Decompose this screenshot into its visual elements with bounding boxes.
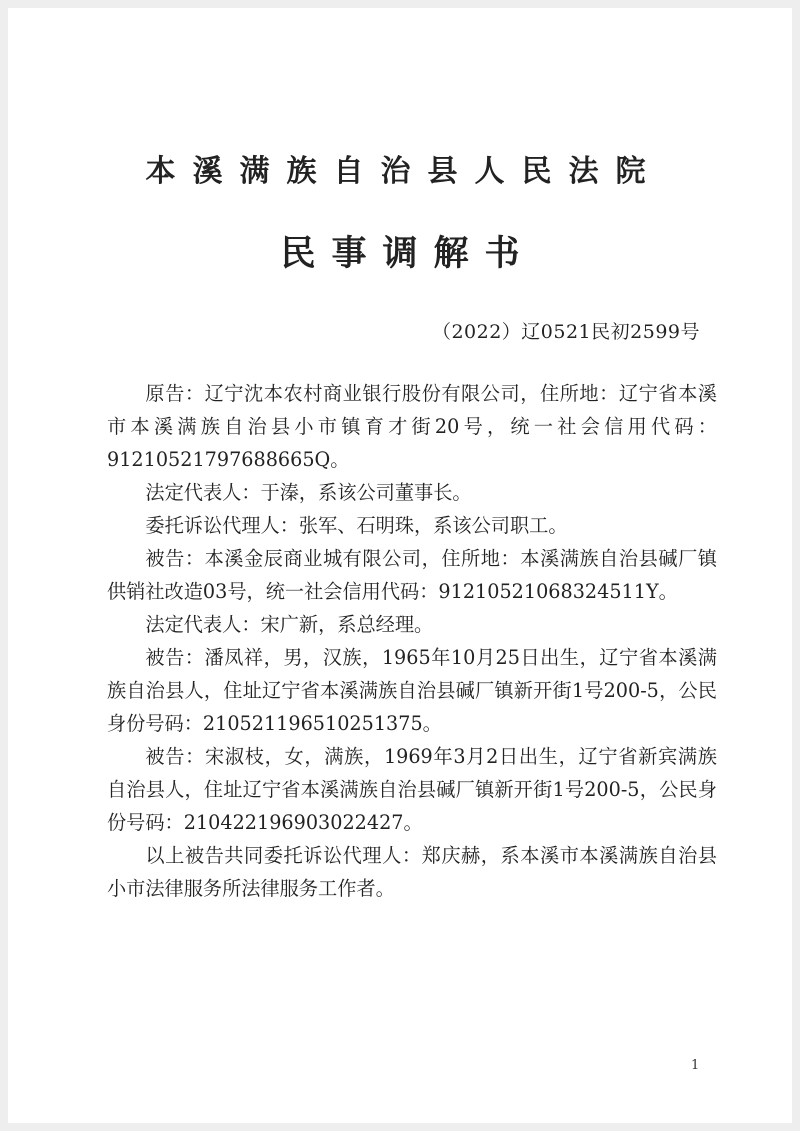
plaintiff-legal-representative: 法定代表人：于溱，系该公司董事长。 — [107, 476, 717, 509]
defendant-person-1-paragraph: 被告：潘凤祥，男，汉族，1965年10月25日出生，辽宁省本溪满族自治县人，住址… — [107, 641, 717, 740]
document-type-heading: 民事调解书 — [8, 226, 792, 276]
plaintiff-paragraph: 原告：辽宁沈本农村商业银行股份有限公司，住所地：辽宁省本溪市本溪满族自治县小市镇… — [107, 377, 717, 476]
defendants-joint-agent-paragraph: 以上被告共同委托诉讼代理人：郑庆赫，系本溪市本溪满族自治县小市法律服务所法律服务… — [107, 839, 717, 905]
document-page: 本溪满族自治县人民法院 民事调解书 （2022）辽0521民初2599号 原告：… — [8, 8, 792, 1123]
defendant-company-paragraph: 被告：本溪金辰商业城有限公司，住所地：本溪满族自治县碱厂镇供销社改造03号，统一… — [107, 542, 717, 608]
case-number: （2022）辽0521民初2599号 — [432, 317, 700, 344]
defendant-person-2-paragraph: 被告：宋淑枝，女，满族，1969年3月2日出生，辽宁省新宾满族自治县人，住址辽宁… — [107, 740, 717, 839]
court-name-heading: 本溪满族自治县人民法院 — [8, 146, 792, 190]
plaintiff-agents: 委托诉讼代理人：张军、石明珠，系该公司职工。 — [107, 509, 717, 542]
defendant-legal-representative: 法定代表人：宋广新，系总经理。 — [107, 608, 717, 641]
page-number: 1 — [691, 1058, 699, 1073]
document-body: 原告：辽宁沈本农村商业银行股份有限公司，住所地：辽宁省本溪市本溪满族自治县小市镇… — [107, 377, 717, 905]
